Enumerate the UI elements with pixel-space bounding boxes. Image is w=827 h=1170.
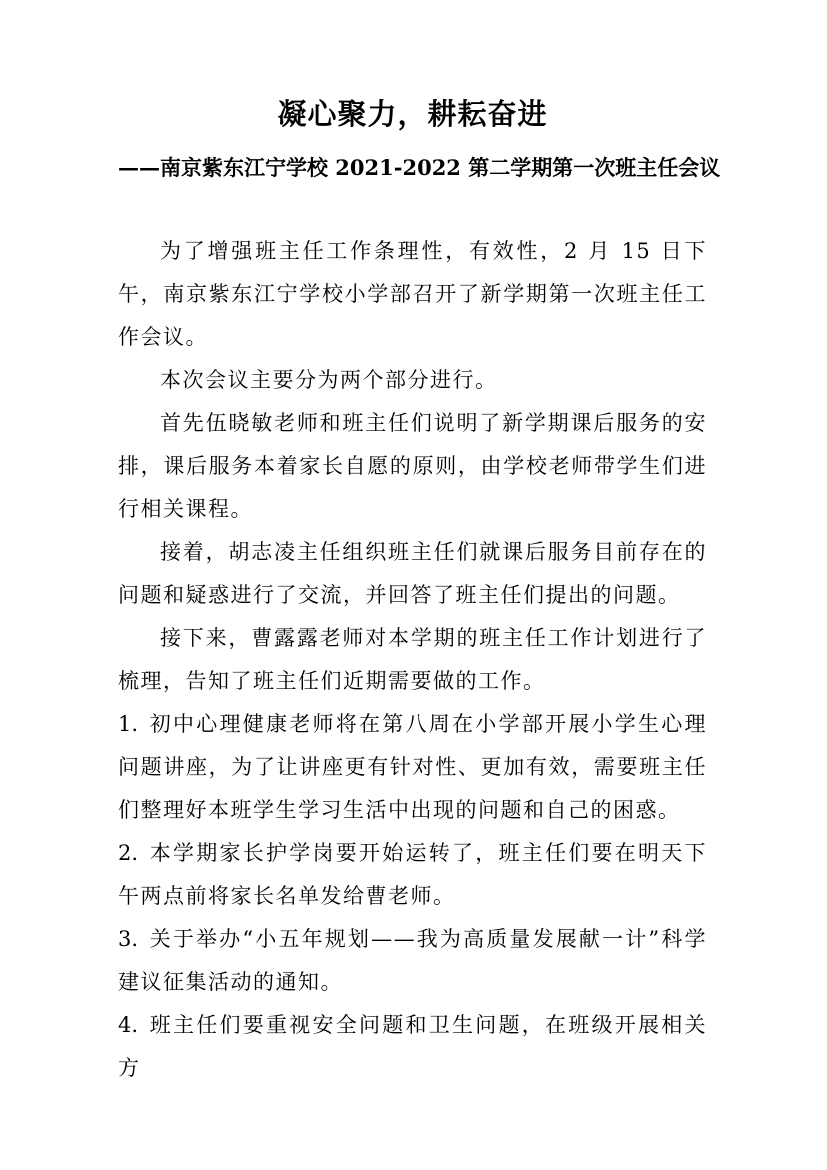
item-text: 本学期家长护学岗要开始运转了，班主任们要在明天下午两点前将家长名单发给曹老师。 bbox=[118, 841, 707, 908]
paragraph-work-plan: 接下来，曹露露老师对本学期的班主任工作计划进行了梳理，告知了班主任们近期需要做的… bbox=[118, 617, 707, 703]
item-number: 3. bbox=[118, 927, 138, 951]
document-page: 凝心聚力，耕耘奋进 ——南京紫东江宁学校 2021-2022 第二学期第一次班主… bbox=[0, 0, 827, 1170]
numbered-item-1: 1.初中心理健康老师将在第八周在小学部开展小学生心理问题讲座，为了让讲座更有针对… bbox=[118, 703, 707, 832]
paragraph-discussion: 接着，胡志凌主任组织班主任们就课后服务目前存在的问题和疑惑进行了交流，并回答了班… bbox=[118, 531, 707, 617]
numbered-item-4: 4.班主任们要重视安全问题和卫生问题，在班级开展相关方 bbox=[118, 1004, 707, 1090]
numbered-item-2: 2.本学期家长护学岗要开始运转了，班主任们要在明天下午两点前将家长名单发给曹老师… bbox=[118, 832, 707, 918]
numbered-item-3: 3.关于举办“小五年规划——我为高质量发展献一计”科学建议征集活动的通知。 bbox=[118, 918, 707, 1004]
item-text: 初中心理健康老师将在第八周在小学部开展小学生心理问题讲座，为了让讲座更有针对性、… bbox=[118, 712, 707, 822]
document-title: 凝心聚力，耕耘奋进 bbox=[118, 92, 707, 136]
item-number: 2. bbox=[118, 841, 138, 865]
document-subtitle: ——南京紫东江宁学校 2021-2022 第二学期第一次班主任会议 bbox=[118, 152, 707, 184]
paragraph-after-school-service: 首先伍晓敏老师和班主任们说明了新学期课后服务的安排，课后服务本着家长自愿的原则，… bbox=[118, 402, 707, 531]
document-body: 为了增强班主任工作条理性，有效性，2 月 15 日下午，南京紫东江宁学校小学部召… bbox=[118, 230, 707, 1090]
item-number: 1. bbox=[118, 712, 138, 736]
item-number: 4. bbox=[118, 1013, 138, 1037]
item-text: 关于举办“小五年规划——我为高质量发展献一计”科学建议征集活动的通知。 bbox=[118, 927, 707, 994]
paragraph-intro: 为了增强班主任工作条理性，有效性，2 月 15 日下午，南京紫东江宁学校小学部召… bbox=[118, 230, 707, 359]
paragraph-two-parts: 本次会议主要分为两个部分进行。 bbox=[118, 359, 707, 402]
item-text: 班主任们要重视安全问题和卫生问题，在班级开展相关方 bbox=[118, 1013, 707, 1080]
